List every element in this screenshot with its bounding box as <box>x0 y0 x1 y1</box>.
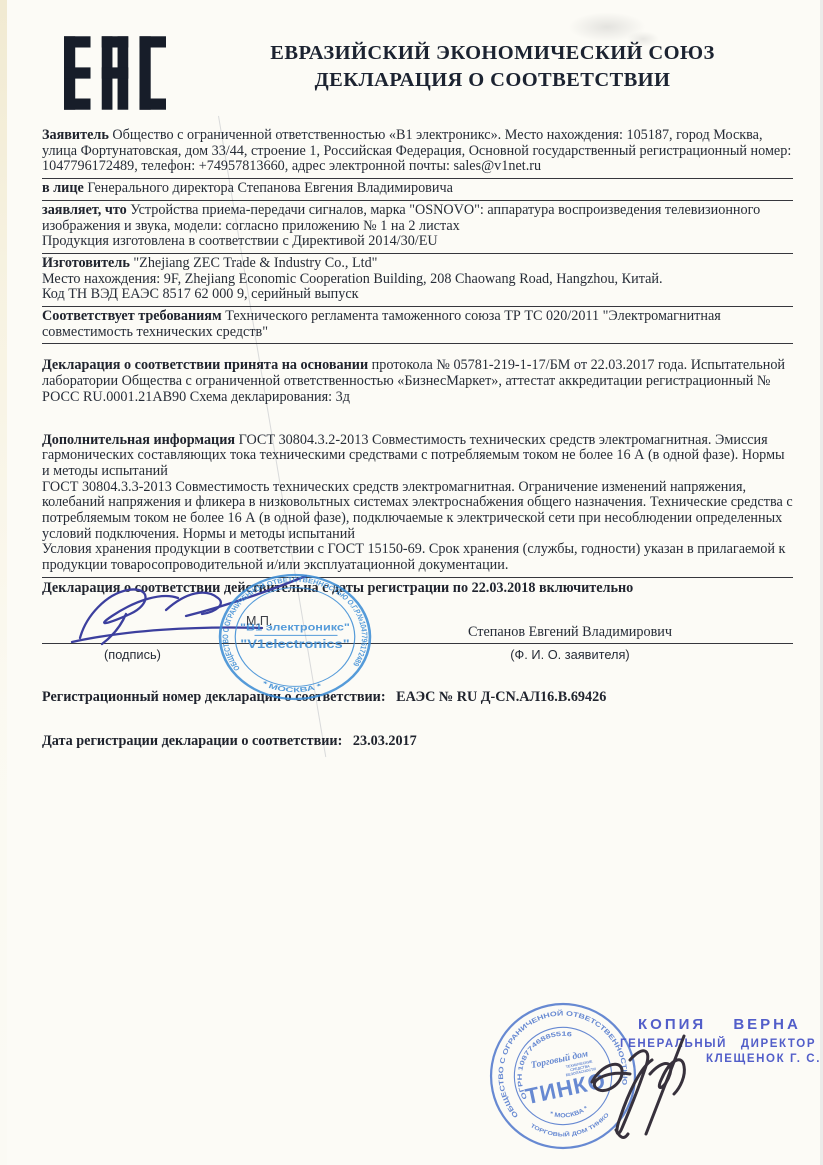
conformity-label: Соответствует требованиям <box>42 308 222 324</box>
manufacturer-name: "Zhejiang ZEC Trade & Industry Co., Ltd" <box>133 255 377 271</box>
registration-number-line: Регистрационный номер декларации о соотв… <box>42 690 793 706</box>
declares-section: заявляет, что Устройства приема-передачи… <box>42 201 793 254</box>
scanned-declaration-page: { "header": { "logo_text": "EAC", "title… <box>0 0 823 1165</box>
in-person-label: в лице <box>42 180 84 196</box>
seal-place-label: М.П. <box>246 614 272 628</box>
in-person-section: в лице Генерального директора Степанова … <box>42 179 793 201</box>
title-union: ЕВРАЗИЙСКИЙ ЭКОНОМИЧЕСКИЙ СОЮЗ <box>200 40 785 67</box>
declares-label: заявляет, что <box>42 202 127 218</box>
director-signature-ink <box>580 1030 725 1142</box>
eac-logo <box>64 36 166 110</box>
declarant-name: Степанов Евгений Владимирович <box>430 625 710 641</box>
manufacturer-section: Изготовитель "Zhejiang ZEC Trade & Indus… <box>42 254 793 307</box>
in-person-text: Генерального директора Степанова Евгения… <box>87 180 453 196</box>
basis-section: Декларация о соответствии принята на осн… <box>42 356 793 408</box>
manufacturer-code: Код ТН ВЭД ЕАЭС 8517 62 000 9, серийный … <box>42 286 359 302</box>
additional-label: Дополнительная информация <box>42 432 235 448</box>
manufacturer-address: Место нахождения: 9F, Zhejiang Economic … <box>42 271 663 287</box>
v1-electronics-stamp: ОБЩЕСТВО С ОГРАНИЧЕННОЙ ОТВЕТСТВЕННОСТЬЮ… <box>214 570 376 704</box>
additional-info-section: Дополнительная информация ГОСТ 30804.3.2… <box>42 431 793 578</box>
declares-directive: Продукция изготовлена в соответствии с Д… <box>42 233 438 249</box>
manufacturer-label: Изготовитель <box>42 255 130 271</box>
applicant-label: Заявитель <box>42 127 109 143</box>
registration-date-line: Дата регистрации декларации о соответств… <box>42 734 793 750</box>
registration-number-value: ЕАЭС № RU Д-CN.АЛ16.В.69426 <box>396 689 606 705</box>
basis-label: Декларация о соответствии принята на осн… <box>42 357 368 373</box>
document-title: ЕВРАЗИЙСКИЙ ЭКОНОМИЧЕСКИЙ СОЮЗ ДЕКЛАРАЦИ… <box>200 40 785 94</box>
additional-p2: ГОСТ 30804.3.3-2013 Совместимость технич… <box>42 479 793 542</box>
applicant-section: Заявитель Общество с ограниченной ответс… <box>42 126 793 179</box>
registration-date-value: 23.03.2017 <box>353 733 417 749</box>
fio-caption: (Ф. И. О. заявителя) <box>440 647 700 663</box>
registration-date-label: Дата регистрации декларации о соответств… <box>42 733 342 749</box>
additional-p3: Условия хранения продукции в соответстви… <box>42 541 785 573</box>
v1-stamp-name-en: "V1electronics" <box>240 637 349 651</box>
conformity-section: Соответствует требованиям Технического р… <box>42 307 793 344</box>
svg-text:* МОСКВА *: * МОСКВА * <box>261 679 324 694</box>
declares-text: Устройства приема-передачи сигналов, мар… <box>42 202 760 234</box>
applicant-text: Общество с ограниченной ответственностью… <box>42 127 791 174</box>
page-left-edge-shading <box>0 0 7 1165</box>
title-declaration: ДЕКЛАРАЦИЯ О СООТВЕТСТВИИ <box>200 67 785 94</box>
v1-stamp-city-text: * МОСКВА * <box>261 679 324 694</box>
